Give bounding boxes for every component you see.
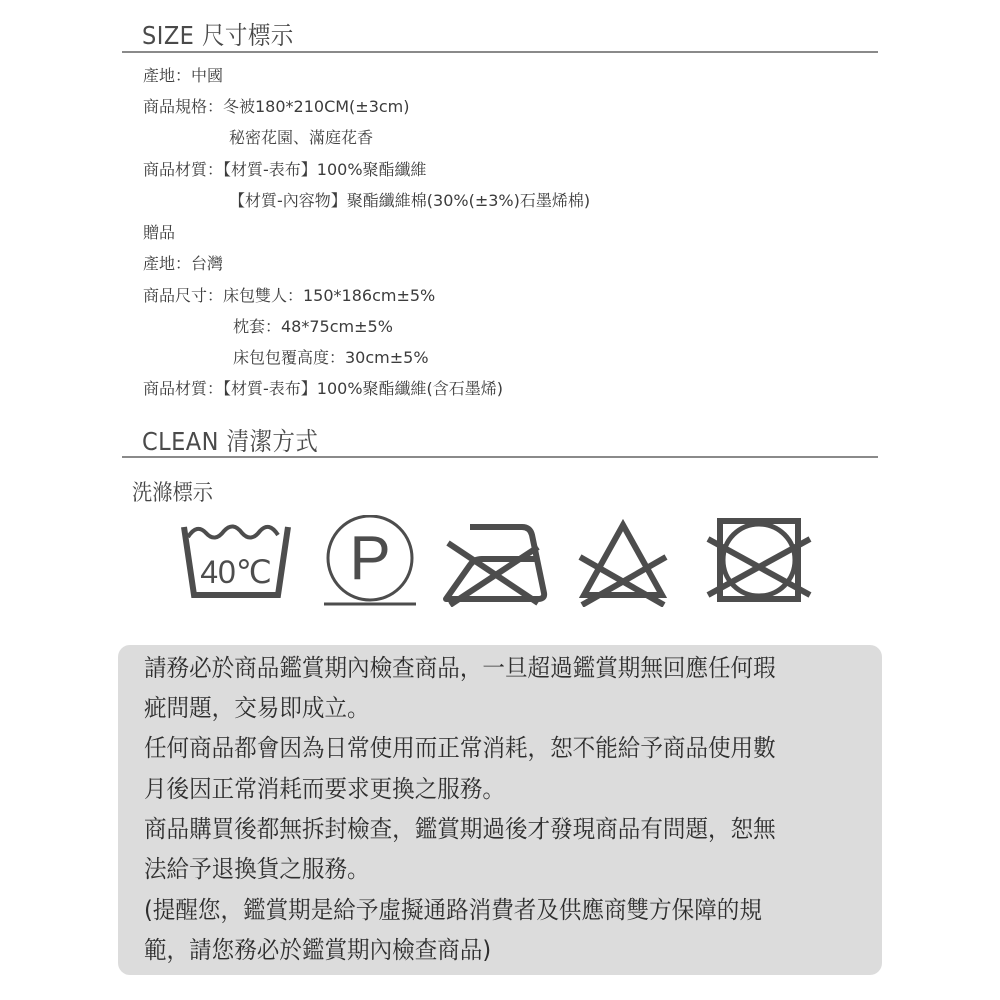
spec-line-gift-origin: 產地：台灣 xyxy=(143,254,223,274)
notice-line: (提醒您，鑑賞期是給予虛擬通路消費者及供應商雙方保障的規 xyxy=(144,895,762,925)
notice-line: 商品購買後都無拆封檢查，鑑賞期過後才發現商品有問題，恕無 xyxy=(144,814,776,844)
size-section-header: SIZE 尺寸標示 xyxy=(122,14,878,54)
notice-line: 疵問題，交易即成立。 xyxy=(144,693,370,723)
spec-line-variants: 秘密花園、滿庭花香 xyxy=(229,128,373,148)
spec-line-filling: 【材質-內容物】聚酯纖維棉(30%(±3%)石墨烯棉) xyxy=(229,191,590,211)
do-not-tumble-dry-icon xyxy=(706,515,812,607)
wash-label: 洗滌標示 xyxy=(132,476,213,507)
size-section-divider xyxy=(122,51,878,53)
spec-line-material: 商品材質：【材質-表布】100%聚酯纖維 xyxy=(143,160,427,180)
notice-line: 月後因正常消耗而要求更換之服務。 xyxy=(144,774,505,804)
notice-line: 請務必於商品鑑賞期內檢查商品，一旦超過鑑賞期無回應任何瑕 xyxy=(144,653,776,683)
spec-line-gift-material: 商品材質：【材質-表布】100%聚酯纖維(含石墨烯) xyxy=(143,379,503,399)
spec-line-gift-size: 商品尺寸：床包雙人：150*186cm±5% xyxy=(143,286,435,306)
clean-section-title: CLEAN 清潔方式 xyxy=(142,422,318,458)
spec-line-pillowcase: 枕套：48*75cm±5% xyxy=(233,317,393,337)
dry-clean-p-icon: P xyxy=(324,515,418,607)
notice-line: 法給予退換貨之服務。 xyxy=(144,854,370,884)
svg-text:40℃: 40℃ xyxy=(200,554,272,590)
spec-line-gift: 贈品 xyxy=(143,223,175,243)
do-not-bleach-icon xyxy=(578,515,668,607)
notice-line: 任何商品都會因為日常使用而正常消耗，恕不能給予商品使用數 xyxy=(144,733,776,763)
wash-40c-icon: 40℃ xyxy=(180,515,292,605)
do-not-iron-icon xyxy=(440,515,550,607)
spec-line-spec: 商品規格：冬被180*210CM(±3cm) xyxy=(143,97,410,117)
notice-line: 範，請您務必於鑑賞期內檢查商品) xyxy=(144,935,491,965)
return-policy-notice: 請務必於商品鑑賞期內檢查商品，一旦超過鑑賞期無回應任何瑕 疵問題，交易即成立。 … xyxy=(118,645,882,975)
size-section-title: SIZE 尺寸標示 xyxy=(142,16,294,52)
clean-section-header: CLEAN 清潔方式 xyxy=(122,420,878,460)
svg-text:P: P xyxy=(349,524,390,593)
spec-line-fitted-height: 床包包覆高度：30cm±5% xyxy=(233,348,429,368)
clean-section-divider xyxy=(122,456,878,458)
spec-line-origin: 產地：中國 xyxy=(143,66,223,86)
